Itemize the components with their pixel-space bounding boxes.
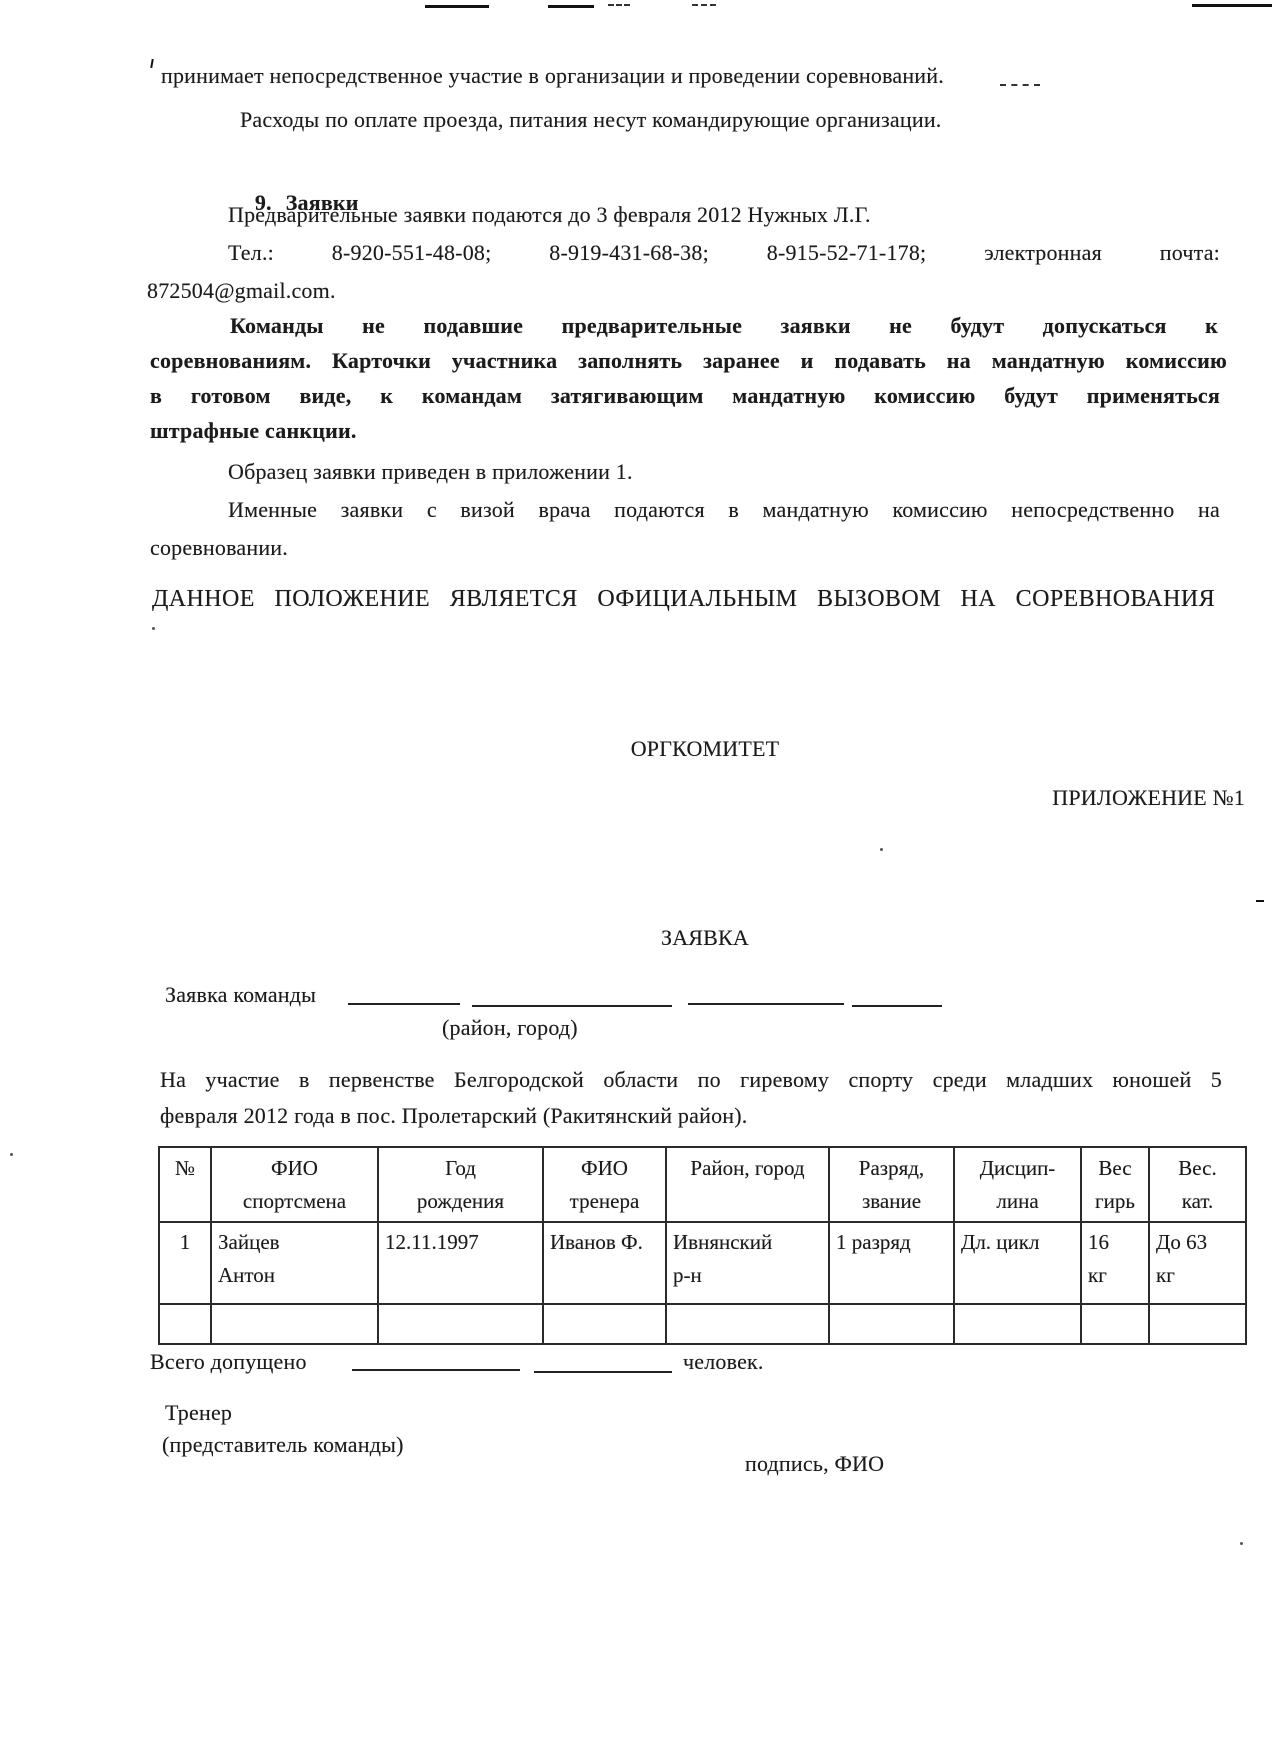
table-header-row: № ФИО спортсмена Год рождения ФИО тренер… — [159, 1147, 1246, 1222]
intro-paragraph: принимает непосредственное участие в орг… — [161, 62, 944, 90]
expenses-paragraph: Расходы по оплате проезда, питания несут… — [240, 106, 942, 134]
total-admitted-blank-field — [534, 1371, 672, 1373]
table-cell: Дл. цикл — [954, 1222, 1081, 1304]
scan-noise-mark — [548, 5, 594, 8]
team-name-blank-field — [472, 1005, 672, 1007]
scan-noise-mark — [425, 5, 489, 8]
table-cell: Иванов Ф. — [543, 1222, 666, 1304]
table-cell — [829, 1304, 954, 1344]
named-applications-line1: Именные заявки с визой врача подаются в … — [228, 496, 1220, 524]
email-line: 872504@gmail.com. — [147, 277, 336, 305]
scan-noise-mark — [880, 848, 883, 851]
team-name-blank-field — [348, 1003, 460, 1005]
application-form-title: ЗАЯВКА — [150, 924, 1260, 952]
scan-noise-mark — [1256, 900, 1264, 902]
table-header-cell: Вес. кат. — [1149, 1147, 1246, 1222]
warning-paragraph-line1: Команды не подавшие предварительные заяв… — [230, 312, 1218, 340]
table-cell — [1149, 1304, 1246, 1344]
table-cell — [159, 1304, 211, 1344]
table-cell: Ивнянский р-н — [666, 1222, 829, 1304]
coach-label: Тренер — [165, 1399, 232, 1427]
table-cell: 16 кг — [1081, 1222, 1149, 1304]
total-admitted-label: Всего допущено — [150, 1348, 307, 1376]
table-cell: До 63 кг — [1149, 1222, 1246, 1304]
warning-paragraph-line2: соревнованиям. Карточки участника заполн… — [150, 347, 1227, 375]
signature-hint: подпись, ФИО — [745, 1450, 884, 1478]
total-admitted-suffix: человек. — [683, 1348, 764, 1376]
team-name-blank-field — [688, 1003, 844, 1005]
table-header-cell: ФИО спортсмена — [211, 1147, 378, 1222]
table-header-cell: Разряд, звание — [829, 1147, 954, 1222]
named-applications-line2: соревновании. — [150, 534, 288, 562]
team-name-hint: (район, город) — [442, 1014, 578, 1042]
table-cell — [954, 1304, 1081, 1344]
scan-noise-mark — [10, 1153, 13, 1156]
participation-line2: февраля 2012 года в пос. Пролетарский (Р… — [160, 1102, 747, 1130]
total-admitted-blank-field — [352, 1369, 520, 1371]
participation-line1: На участие в первенстве Белгородской обл… — [160, 1066, 1222, 1094]
table-cell — [666, 1304, 829, 1344]
scan-noise-mark — [692, 4, 716, 6]
table-row — [159, 1304, 1246, 1344]
table-header-cell: Год рождения — [378, 1147, 543, 1222]
table-header-cell: ФИО тренера — [543, 1147, 666, 1222]
table-cell: 1 — [159, 1222, 211, 1304]
table-cell: Зайцев Антон — [211, 1222, 378, 1304]
team-name-label: Заявка команды — [165, 981, 316, 1009]
team-name-blank-field — [852, 1005, 942, 1007]
table-header-cell: Вес гирь — [1081, 1147, 1149, 1222]
table-cell — [211, 1304, 378, 1344]
athletes-table: № ФИО спортсмена Год рождения ФИО тренер… — [158, 1146, 1247, 1345]
table-header-cell: Район, город — [666, 1147, 829, 1222]
table-cell: 12.11.1997 — [378, 1222, 543, 1304]
warning-paragraph-line4: штрафные санкции. — [150, 417, 357, 445]
scan-noise-mark — [1000, 84, 1040, 86]
table-header-cell: № — [159, 1147, 211, 1222]
table-cell: 1 разряд — [829, 1222, 954, 1304]
sample-application-line: Образец заявки приведен в приложении 1. — [228, 458, 633, 486]
scan-noise-mark — [1192, 4, 1272, 7]
scan-noise-mark — [150, 59, 154, 68]
table-cell — [1081, 1304, 1149, 1344]
table-cell — [378, 1304, 543, 1344]
phone-contacts-line: Тел.: 8-920-551-48-08; 8-919-431-68-38; … — [228, 239, 1220, 267]
preliminary-applications-line: Предварительные заявки подаются до 3 фев… — [228, 201, 871, 229]
table-header-cell: Дисцип- лина — [954, 1147, 1081, 1222]
warning-paragraph-line3: в готовом виде, к командам затягивающим … — [150, 382, 1220, 410]
organizing-committee-heading: ОРГКОМИТЕТ — [150, 735, 1260, 763]
coach-representative-label: (представитель команды) — [162, 1431, 404, 1459]
scan-noise-mark — [1240, 1542, 1243, 1545]
table-row: 1 Зайцев Антон 12.11.1997 Иванов Ф. Ивня… — [159, 1222, 1246, 1304]
scanned-document-page: принимает непосредственное участие в орг… — [0, 0, 1275, 1755]
appendix-label: ПРИЛОЖЕНИЕ №1 — [150, 784, 1245, 812]
table-cell — [543, 1304, 666, 1344]
official-call-heading: ДАННОЕ ПОЛОЖЕНИЕ ЯВЛЯЕТСЯ ОФИЦИАЛЬНЫМ ВЫ… — [152, 584, 1215, 614]
scan-noise-mark — [152, 627, 155, 630]
scan-noise-mark — [608, 4, 630, 6]
